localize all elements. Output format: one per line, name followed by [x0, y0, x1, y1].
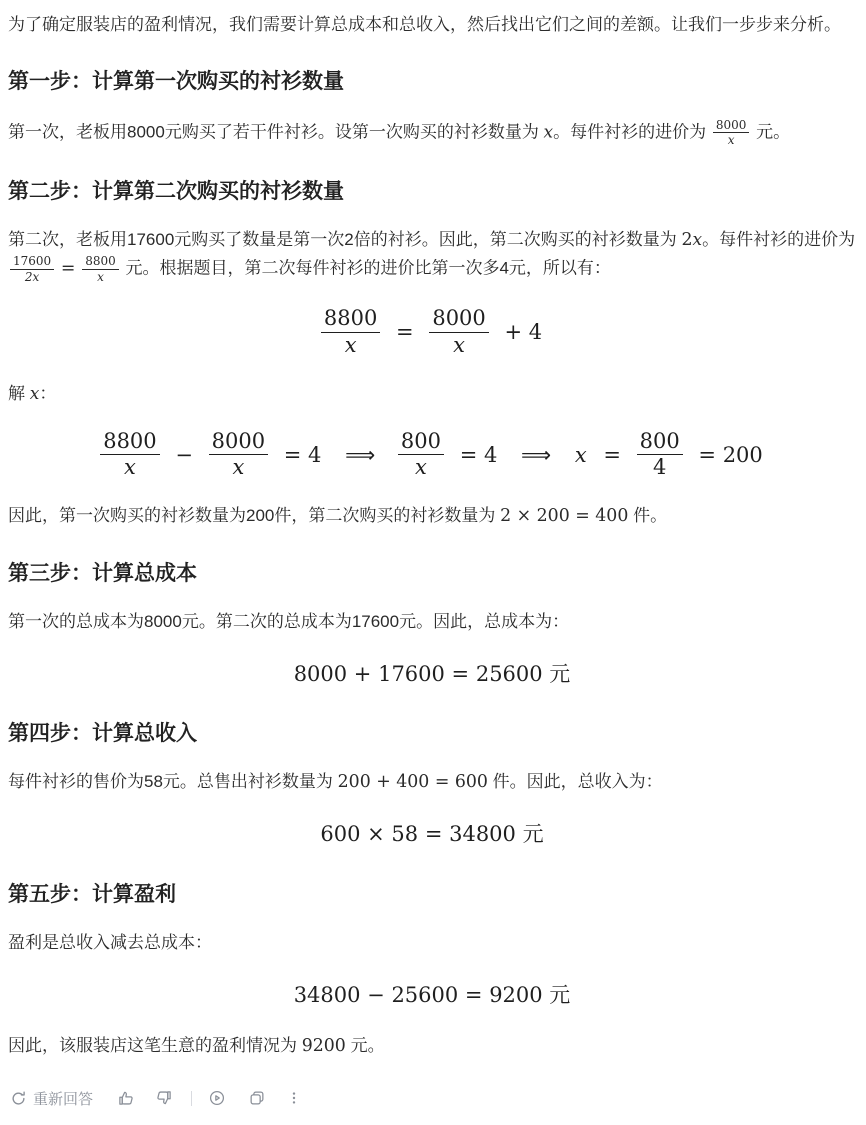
var-x: x	[692, 230, 702, 250]
thumbs-up-icon	[117, 1089, 135, 1107]
fraction: 8000x	[429, 306, 488, 358]
thumbs-down-button[interactable]	[153, 1087, 175, 1109]
implies-arrow: ⟹	[345, 439, 375, 472]
play-voice-icon	[208, 1089, 226, 1107]
solve-x-paragraph: 解 x：	[8, 381, 856, 407]
step1-paragraph: 第一次，老板用8000元购买了若干件衬衫。设第一次购买的衬衫数量为 x。每件衬衫…	[8, 118, 856, 148]
read-aloud-button[interactable]	[206, 1087, 228, 1109]
inline-fraction: 176002x	[10, 254, 54, 284]
coef-2: 2	[681, 230, 692, 250]
inline-fraction: 8800x	[82, 254, 119, 284]
fraction: 8000x	[209, 429, 268, 481]
step4-heading: 第四步：计算总收入	[8, 720, 856, 747]
inline-math: 200 + 400 = 600	[338, 772, 488, 792]
step5-paragraph: 盈利是总收入减去总成本：	[8, 930, 856, 956]
plus-four: + 4	[504, 316, 542, 349]
var-x: x	[544, 122, 554, 142]
answer-toolbar: 重新回答	[8, 1086, 856, 1111]
intro-paragraph: 为了确定服装店的盈利情况，我们需要计算总成本和总收入，然后找出它们之间的差额。让…	[8, 12, 856, 38]
step1-heading: 第一步：计算第一次购买的衬衫数量	[8, 68, 856, 95]
equals-four: = 4	[284, 439, 322, 472]
thumbs-down-icon	[155, 1089, 173, 1107]
step5-heading: 第五步：计算盈利	[8, 881, 856, 908]
fraction: 8004	[637, 429, 683, 481]
fraction: 8800x	[100, 429, 159, 481]
inline-math: 9200	[302, 1036, 346, 1056]
equals-200: = 200	[698, 439, 762, 472]
equation-profit: 34800 − 25600 = 9200 元	[8, 979, 856, 1012]
step2-paragraph: 第二次，老板用17600元购买了数量是第一次2倍的衬衫。因此，第二次购买的衬衫数…	[8, 227, 856, 284]
minus-sign: −	[175, 439, 193, 472]
equals-sign: =	[396, 316, 414, 349]
copy-button[interactable]	[246, 1087, 268, 1109]
assistant-answer: 为了确定服装店的盈利情况，我们需要计算总成本和总收入，然后找出它们之间的差额。让…	[8, 12, 856, 1111]
equation-solve-chain: 8800x − 8000x = 4 ⟹ 800x = 4 ⟹ x = 8004 …	[8, 429, 856, 481]
regenerate-button[interactable]: 重新回答	[8, 1086, 95, 1111]
fraction: 8800x	[321, 306, 380, 358]
step3-paragraph: 第一次的总成本为8000元。第二次的总成本为17600元。因此，总成本为：	[8, 609, 856, 635]
equals-sign: =	[603, 439, 621, 472]
more-options-button[interactable]	[284, 1088, 304, 1108]
equals-four: = 4	[460, 439, 498, 472]
equation-total-cost: 8000 + 17600 = 25600 元	[8, 658, 856, 691]
equation-price-relation: 8800x = 8000x + 4	[8, 306, 856, 358]
equation-total-revenue: 600 × 58 = 34800 元	[8, 818, 856, 851]
equals-sign: =	[61, 259, 76, 279]
var-x: x	[30, 384, 40, 404]
var-x: x	[575, 439, 587, 472]
implies-arrow: ⟹	[521, 439, 551, 472]
final-conclusion: 因此，该服装店这笔生意的盈利情况为 9200 元。	[8, 1033, 856, 1060]
copy-icon	[248, 1089, 266, 1107]
step4-paragraph: 每件衬衫的售价为58元。总售出衬衫数量为 200 + 400 = 600 件。因…	[8, 769, 856, 796]
inline-math: 2 × 200 = 400	[500, 506, 628, 526]
thumbs-up-button[interactable]	[115, 1087, 137, 1109]
regenerate-label: 重新回答	[33, 1088, 93, 1109]
toolbar-divider	[191, 1091, 192, 1106]
step2-heading: 第二步：计算第二次购买的衬衫数量	[8, 178, 856, 205]
step2-conclusion: 因此，第一次购买的衬衫数量为200件，第二次购买的衬衫数量为 2 × 200 =…	[8, 503, 856, 530]
inline-fraction: 8000x	[713, 118, 750, 148]
fraction: 800x	[398, 429, 444, 481]
refresh-icon	[10, 1090, 27, 1107]
more-icon	[286, 1090, 302, 1106]
step3-heading: 第三步：计算总成本	[8, 560, 856, 587]
